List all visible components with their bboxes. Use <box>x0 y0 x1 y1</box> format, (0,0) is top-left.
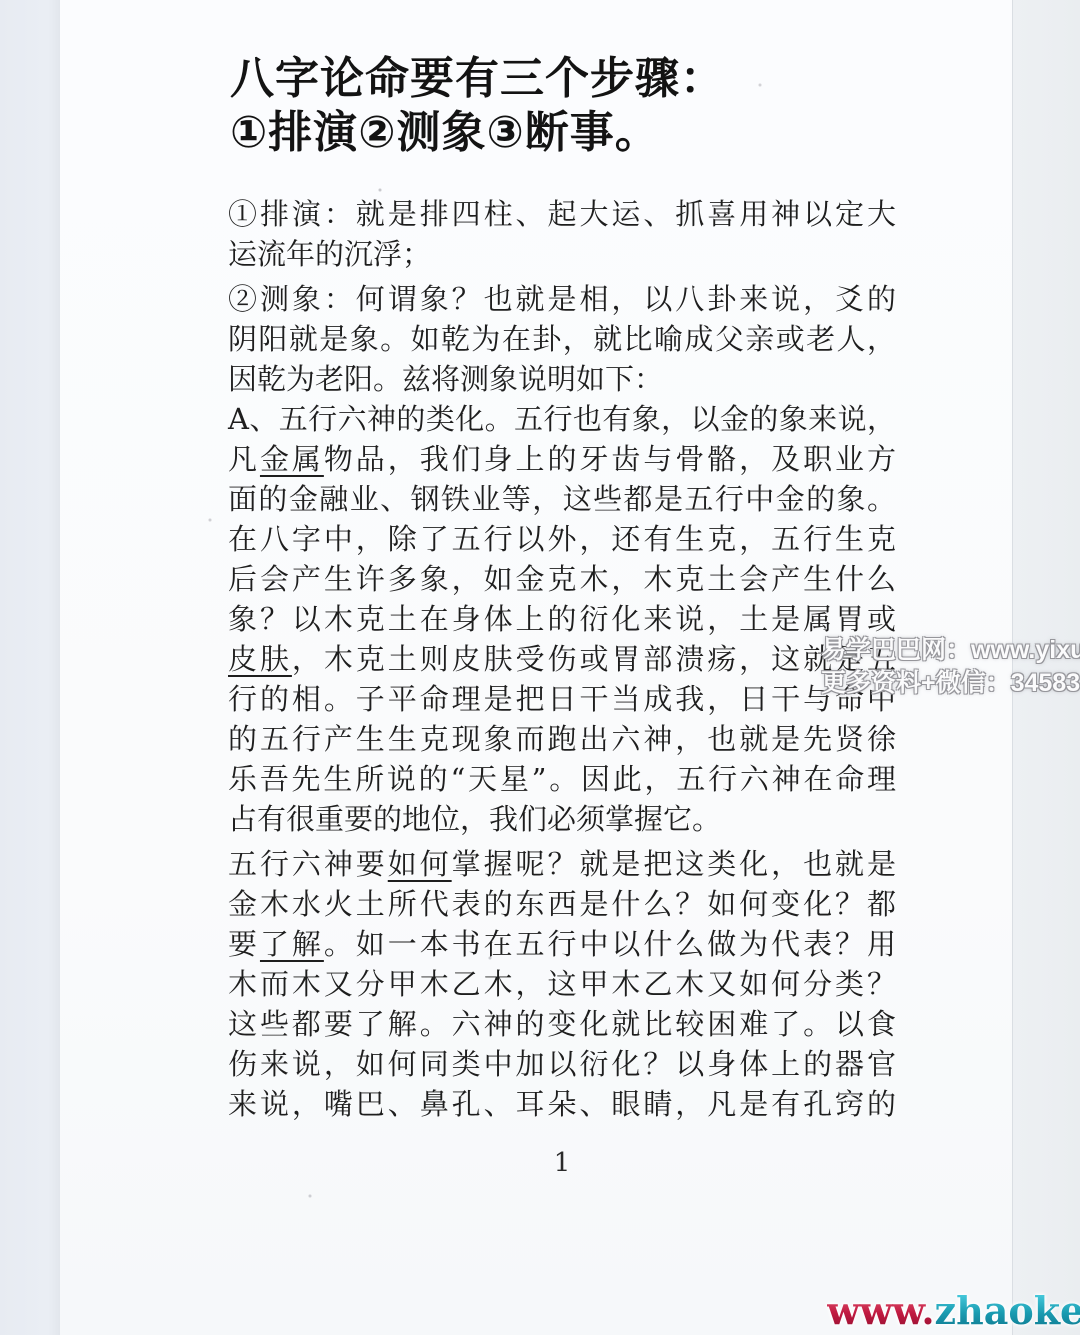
text-line: 伤来说，如何同类中加以衍化？以身体上的器官 <box>228 1044 896 1084</box>
text-line: ②测象：何谓象？也就是相，以八卦来说，爻的 <box>228 279 896 319</box>
scan-margin-left <box>0 0 60 1335</box>
watermark-yixue-line-1: 易学巴巴网：www.yixue88.cn <box>821 634 1080 667</box>
text-line: 皮肤，木克土则皮肤受伤或胃部溃疡，这就是五 <box>228 639 896 679</box>
watermark-yixue: 易学巴巴网：www.yixue88.cn 更多资料+微信：3458344044 <box>821 634 1080 700</box>
text-line: 木而木又分甲木乙木，这甲木乙木又如何分类？ <box>228 964 896 1004</box>
text-line: 乐吾先生所说的“天星”。因此，五行六神在命理 <box>228 759 896 799</box>
title-line-2: ①排演②测象③断事。 <box>230 106 930 160</box>
text-line: 金木水火土所代表的东西是什么？如何变化？都 <box>228 884 896 924</box>
text-line: 面的金融业、钢铁业等，这些都是五行中金的象。 <box>228 479 896 519</box>
text-line: 占有很重要的地位，我们必须掌握它。 <box>228 799 896 839</box>
text-line: 在八字中，除了五行以外，还有生克，五行生克 <box>228 519 896 559</box>
text-line: 凡金属物品，我们身上的牙齿与骨骼，及职业方 <box>228 439 896 479</box>
watermark-zhaoke-domain: zhaoke.vip <box>935 1288 1080 1333</box>
body-text: ①排演：就是排四柱、起大运、抓喜用神以定大运流年的沉浮；②测象：何谓象？也就是相… <box>228 194 896 1124</box>
text-line: 五行六神要如何掌握呢？就是把这类化，也就是 <box>228 844 896 884</box>
text-line: 因乾为老阳。兹将测象说明如下： <box>228 359 896 399</box>
text-line: 后会产生许多象，如金克木，木克土会产生什么 <box>228 559 896 599</box>
title-line-1: 八字论命要有三个步骤： <box>230 52 930 106</box>
text-line: A、五行六神的类化。五行也有象，以金的象来说， <box>228 399 896 439</box>
page-number: 1 <box>228 1148 896 1178</box>
watermark-zhaoke-prefix: www. <box>827 1288 935 1333</box>
text-line: 的五行产生生克现象而跑出六神，也就是先贤徐 <box>228 719 896 759</box>
watermark-zhaoke: www.zhaoke.vip <box>827 1290 1080 1332</box>
text-line: 阴阳就是象。如乾为在卦，就比喻成父亲或老人， <box>228 319 896 359</box>
scanned-document-canvas: 八字论命要有三个步骤： ①排演②测象③断事。 ①排演：就是排四柱、起大运、抓喜用… <box>0 0 1080 1335</box>
text-line: 象？以木克土在身体上的衍化来说，土是属胃或 <box>228 599 896 639</box>
watermark-yixue-line-2: 更多资料+微信：3458344044 <box>821 667 1080 700</box>
text-line: 要了解。如一本书在五行中以什么做为代表？用 <box>228 924 896 964</box>
text-line: ①排演：就是排四柱、起大运、抓喜用神以定大 <box>228 194 896 234</box>
text-line: 运流年的沉浮； <box>228 234 896 274</box>
text-line: 来说，嘴巴、鼻孔、耳朵、眼睛，凡是有孔窍的 <box>228 1084 896 1124</box>
text-line: 这些都要了解。六神的变化就比较困难了。以食 <box>228 1004 896 1044</box>
text-line: 行的相。子平命理是把日干当成我，日干与命中 <box>228 679 896 719</box>
document-title: 八字论命要有三个步骤： ①排演②测象③断事。 <box>230 52 930 160</box>
